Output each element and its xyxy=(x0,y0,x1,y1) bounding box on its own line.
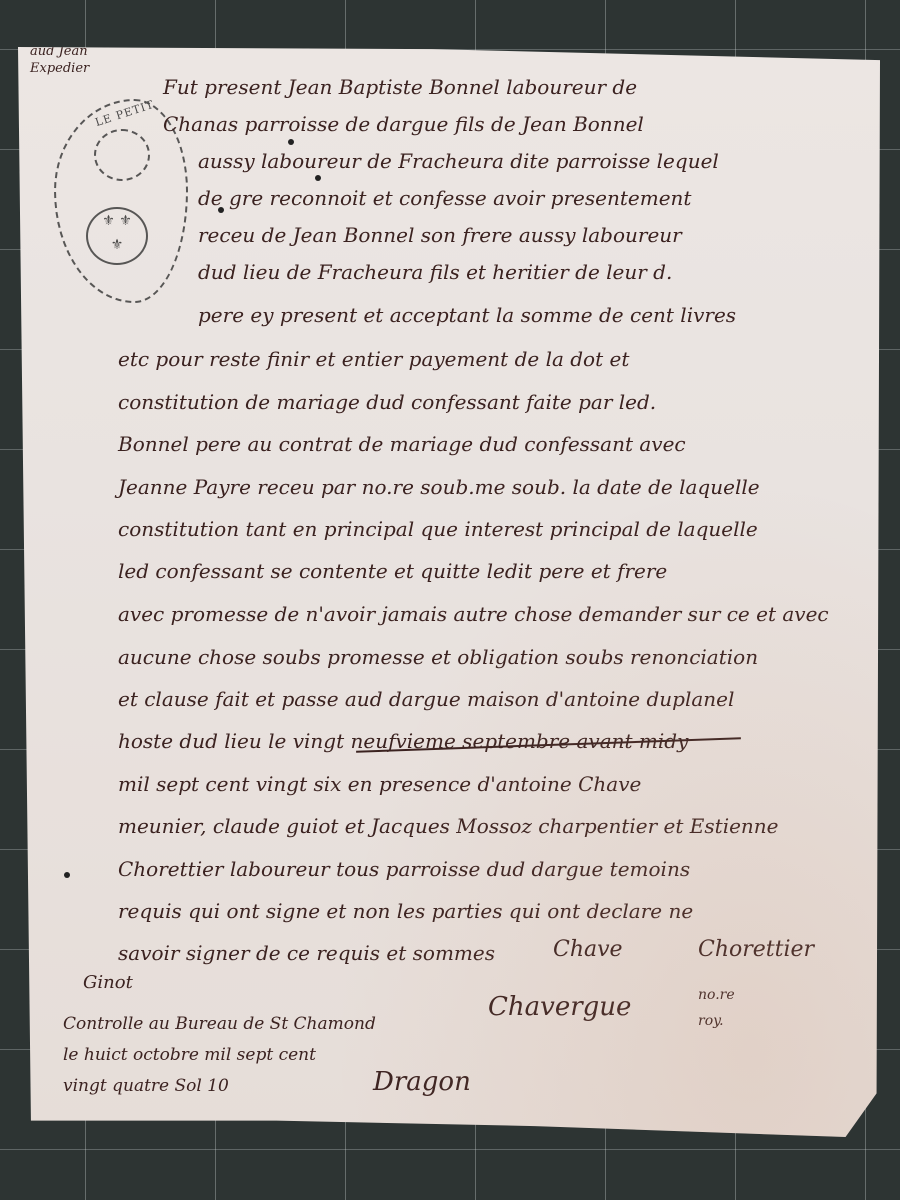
body-line: led confessant se contente et quitte led… xyxy=(118,559,667,583)
body-line: aussy laboureur de Fracheura dite parroi… xyxy=(198,149,719,173)
stamp-legend: LE PETIT xyxy=(93,98,155,129)
body-line: avec promesse de n'avoir jamais autre ch… xyxy=(118,602,829,626)
body-line: aucune chose soubs promesse et obligatio… xyxy=(118,645,758,669)
signature-ginot: Ginot xyxy=(83,972,133,993)
signature-chave: Chave xyxy=(553,937,623,962)
tax-stamp-icon: LE PETIT ⚜ ⚜⚜ xyxy=(54,99,188,303)
body-line: meunier, claude guiot et Jacques Mossoz … xyxy=(118,814,779,838)
control-note: Controlle au Bureau de St Chamond le hui… xyxy=(63,1009,376,1102)
control-note-line: le huict octobre mil sept cent xyxy=(63,1040,376,1071)
body-line: Jeanne Payre receu par no.re soub.me sou… xyxy=(118,475,760,499)
stamp-emblem-oval xyxy=(94,129,150,181)
pin-hole xyxy=(288,139,294,145)
notary-title: no.re roy. xyxy=(698,982,735,1034)
body-line: savoir signer de ce requis et sommes xyxy=(118,941,495,965)
body-line: mil sept cent vingt six en presence d'an… xyxy=(118,772,641,796)
pin-hole xyxy=(315,175,321,181)
body-line: Chanas parroisse de dargue fils de Jean … xyxy=(163,112,644,136)
signature-chorettier: Chorettier xyxy=(698,937,814,962)
margin-note-line: Expedier xyxy=(30,60,89,77)
body-line: requis qui ont signe et non les parties … xyxy=(118,899,693,923)
body-line: hoste dud lieu le vingt neufvieme septem… xyxy=(118,729,688,753)
body-line: Chorettier laboureur tous parroisse dud … xyxy=(118,857,690,881)
control-note-line: vingt quatre Sol 10 xyxy=(63,1071,376,1102)
body-line: etc pour reste finir et entier payement … xyxy=(118,347,629,371)
notary-title-line: roy. xyxy=(698,1008,735,1034)
body-line: pere ey present et acceptant la somme de… xyxy=(198,303,736,327)
pin-hole xyxy=(64,872,70,878)
body-line: constitution tant en principal que inter… xyxy=(118,517,758,541)
control-note-line: Controlle au Bureau de St Chamond xyxy=(63,1009,376,1040)
body-line: Bonnel pere au contrat de mariage dud co… xyxy=(118,432,686,456)
document-sheet: aud Jean Expedier LE PETIT ⚜ ⚜⚜ Fut pres… xyxy=(18,47,880,1137)
margin-note: aud Jean Expedier xyxy=(30,43,89,77)
notary-title-line: no.re xyxy=(698,982,735,1008)
body-line: Fut present Jean Baptiste Bonnel laboure… xyxy=(163,75,637,99)
margin-note-line: aud Jean xyxy=(30,43,89,60)
body-line: constitution de mariage dud confessant f… xyxy=(118,390,656,414)
body-line: de gre reconnoit et confesse avoir prese… xyxy=(198,186,691,210)
body-line: dud lieu de Fracheura fils et heritier d… xyxy=(198,260,672,284)
controller-signature: Dragon xyxy=(373,1067,471,1097)
date-underline xyxy=(356,737,741,752)
pin-hole xyxy=(218,207,224,213)
notary-signature: Chavergue xyxy=(488,992,631,1022)
body-line: et clause fait et passe aud dargue maiso… xyxy=(118,687,734,711)
fleur-de-lis-icon: ⚜ ⚜⚜ xyxy=(86,207,148,265)
body-line: receu de Jean Bonnel son frere aussy lab… xyxy=(198,223,682,247)
